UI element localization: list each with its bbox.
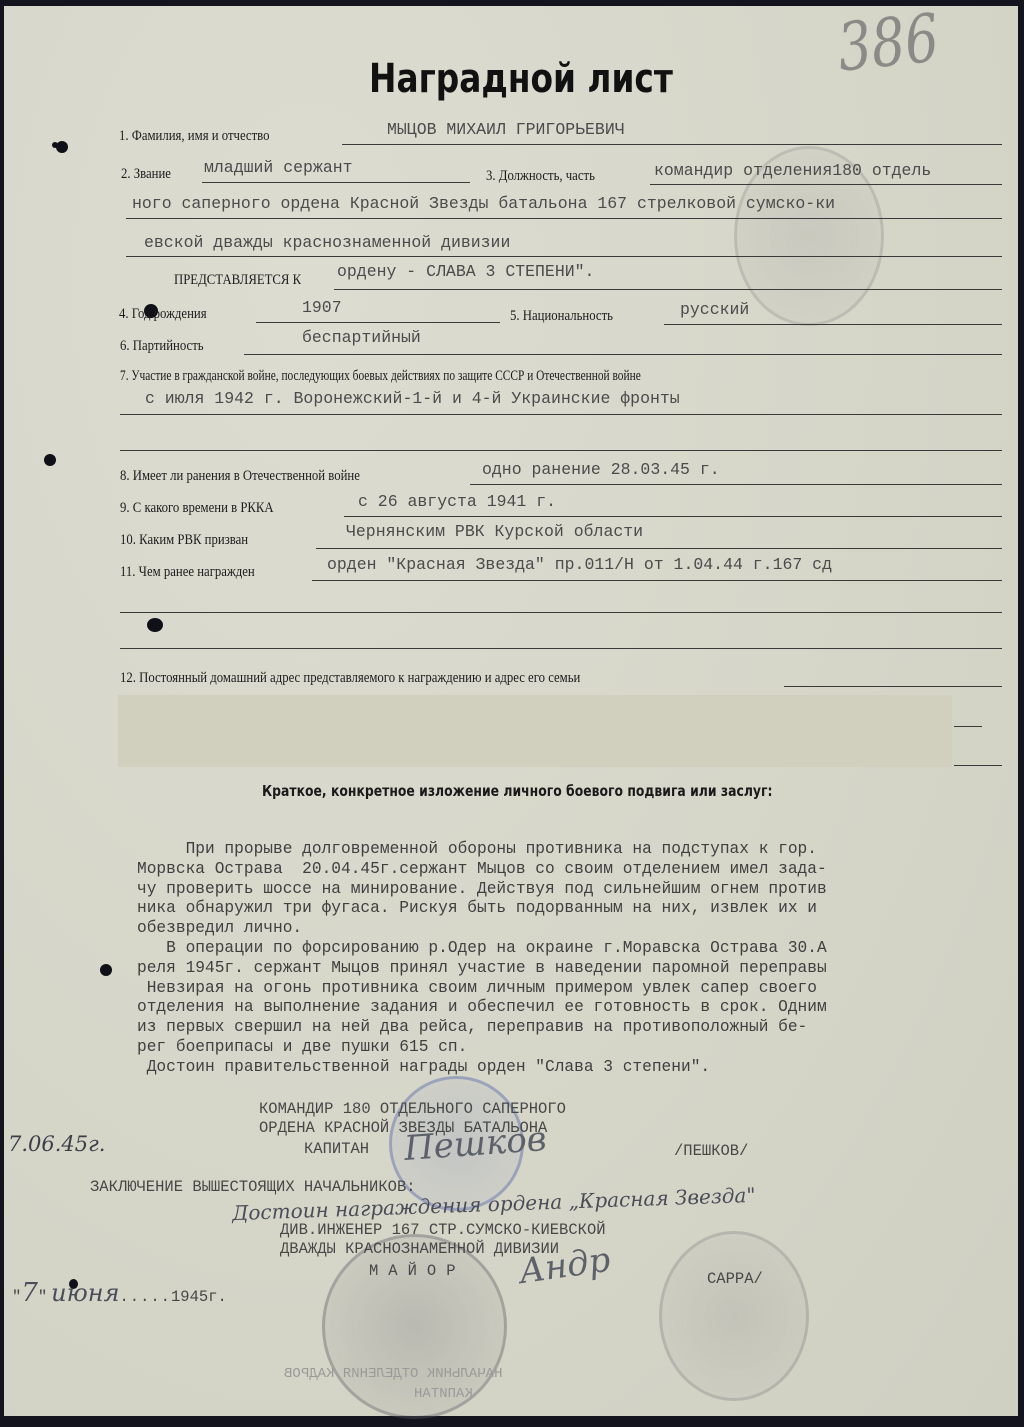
- summary-line: Морвска Острава 20.04.45г.сержант Мыцов …: [137, 860, 1007, 880]
- field-11-value: орден "Красная Звезда" пр.011/Н от 1.04.…: [327, 555, 832, 574]
- field-7-value: с июля 1942 г. Воронежский-1-й и 4-й Укр…: [145, 389, 680, 408]
- field-9-value: с 26 августа 1941 г.: [358, 492, 556, 511]
- underline: [470, 484, 1002, 485]
- summary-line: рег боеприпасы и две пушки 615 сп.: [137, 1038, 1007, 1058]
- summary-line: ника обнаружил три фугаса. Рискуя быть п…: [137, 899, 1007, 919]
- field-4-label: 4. Год рождения: [119, 306, 207, 323]
- underline: [120, 450, 1002, 451]
- field-4-value: 1907: [302, 298, 342, 317]
- conclusion-name: САРРА/: [707, 1270, 763, 1289]
- field-1-value: МЫЦОВ МИХАИЛ ГРИГОРЬЕВИЧ: [387, 120, 625, 139]
- summary-line: Достоин правительственной награды орден …: [137, 1058, 1007, 1078]
- conclusion-rank: МАЙОР: [369, 1262, 466, 1281]
- field-8-label: 8. Имеет ли ранения в Отечественной войн…: [120, 468, 360, 485]
- award-sheet-page: Наградной лист 386 1. Фамилия, имя и отч…: [4, 6, 1018, 1416]
- date-year: 1945г.: [171, 1288, 227, 1306]
- field-10-value: Чернянским РВК Курской области: [346, 522, 643, 541]
- field-3-continuation-2: евской дважды краснознаменной дивизии: [144, 233, 510, 252]
- presented-label: ПРЕДСТАВЛЯЕТСЯ К: [174, 272, 301, 289]
- field-1-label: 1. Фамилия, имя и отчество: [119, 128, 269, 145]
- underline: [120, 414, 1002, 415]
- underline: [342, 144, 1002, 145]
- archive-number: 386: [834, 0, 942, 87]
- date-month: июня: [51, 1279, 119, 1307]
- underline: [120, 612, 1002, 613]
- underline: [650, 184, 1002, 185]
- punch-hole: [56, 141, 68, 153]
- underline: [312, 580, 1002, 581]
- commander-line-1: КОМАНДИР 180 ОТДЕЛЬНОГО САПЕРНОГО: [259, 1100, 566, 1119]
- underline: [126, 256, 1002, 257]
- underline: [126, 218, 1002, 219]
- field-11-label: 11. Чем ранее награжден: [120, 564, 255, 581]
- field-2-value: младший сержант: [204, 158, 353, 177]
- field-3-value: командир отделения180 отдель: [654, 161, 931, 180]
- summary-line: Невзирая на огонь противника своим личны…: [137, 979, 1007, 999]
- field-2-label: 2. Звание: [121, 166, 171, 183]
- punch-hole: [147, 618, 163, 632]
- faded-stamp-2: [659, 1231, 809, 1401]
- presented-value: ордену - СЛАВА 3 СТЕПЕНИ".: [337, 262, 594, 281]
- commander-rank: КАПИТАН: [304, 1140, 369, 1159]
- summary-line: чу проверить шоссе на минирование. Дейст…: [137, 880, 1007, 900]
- underline: [334, 289, 1002, 290]
- field-5-value: русский: [680, 300, 749, 319]
- field-6-label: 6. Партийность: [120, 338, 204, 355]
- underline: [316, 548, 1002, 549]
- punch-hole: [100, 964, 112, 976]
- underline: [120, 648, 1002, 649]
- document-title: Наградной лист: [369, 56, 673, 102]
- summary-line: реля 1945г. сержант Мыцов принял участие…: [137, 959, 1007, 979]
- underline: [256, 322, 500, 323]
- conclusion-line-1: ДИВ.ИНЖЕНЕР 167 СТР.СУМСКО-КИЕВСКОЙ: [280, 1221, 606, 1240]
- underline: [202, 182, 470, 183]
- handwritten-date: 7.06.45г.: [8, 1132, 105, 1156]
- bleed-through-line-1: НАЧАЛЬНИК ОТДЕЛЕНИЯ КАДРОВ: [284, 1366, 502, 1382]
- date-quote: ": [38, 1288, 47, 1306]
- field-3-continuation-1: ного саперного ордена Красной Звезды бат…: [132, 194, 835, 213]
- date-quote: ": [12, 1288, 21, 1306]
- conclusion-date: "7"июня.....1945г.: [12, 1278, 227, 1308]
- punch-hole: [44, 454, 56, 466]
- summary-body: При прорыве долговременной обороны проти…: [137, 840, 1007, 1078]
- underline: [664, 324, 1002, 325]
- summary-line: При прорыве долговременной обороны проти…: [137, 840, 1007, 860]
- commander-signature: Пешков: [403, 1119, 548, 1169]
- underline: [344, 516, 1002, 517]
- field-5-label: 5. Национальность: [510, 308, 613, 325]
- summary-line: В операции по форсированию р.Одер на окр…: [137, 939, 1007, 959]
- summary-heading: Краткое, конкретное изложение личного бо…: [262, 782, 772, 800]
- field-10-label: 10. Каким РВК призван: [120, 532, 248, 549]
- commander-name: /ПЕШКОВ/: [674, 1142, 748, 1161]
- underline: [784, 686, 1002, 687]
- summary-line: обезвредил лично.: [137, 919, 1007, 939]
- field-7-label: 7. Участие в гражданской войне, последую…: [120, 368, 641, 385]
- underline: [954, 765, 1002, 766]
- field-8-value: одно ранение 28.03.45 г.: [482, 460, 720, 479]
- summary-line: из первых свершил на ней два рейса, пере…: [137, 1018, 1007, 1038]
- redacted-address: [118, 695, 952, 767]
- conclusion-label: ЗАКЛЮЧЕНИЕ ВЫШЕСТОЯЩИХ НАЧАЛЬНИКОВ:: [90, 1178, 416, 1197]
- underline: [244, 354, 1002, 355]
- field-3-label: 3. Должность, часть: [486, 168, 595, 185]
- field-12-label: 12. Постоянный домашний адрес представля…: [120, 670, 580, 687]
- summary-line: отделения на выполнение задания и обеспе…: [137, 998, 1007, 1018]
- underline: [954, 726, 982, 727]
- field-6-value: беспартийный: [302, 328, 421, 347]
- field-9-label: 9. С какого времени в РККА: [120, 500, 274, 517]
- bleed-through-line-2: КАПИТАН: [414, 1386, 473, 1402]
- date-day: 7: [21, 1278, 38, 1308]
